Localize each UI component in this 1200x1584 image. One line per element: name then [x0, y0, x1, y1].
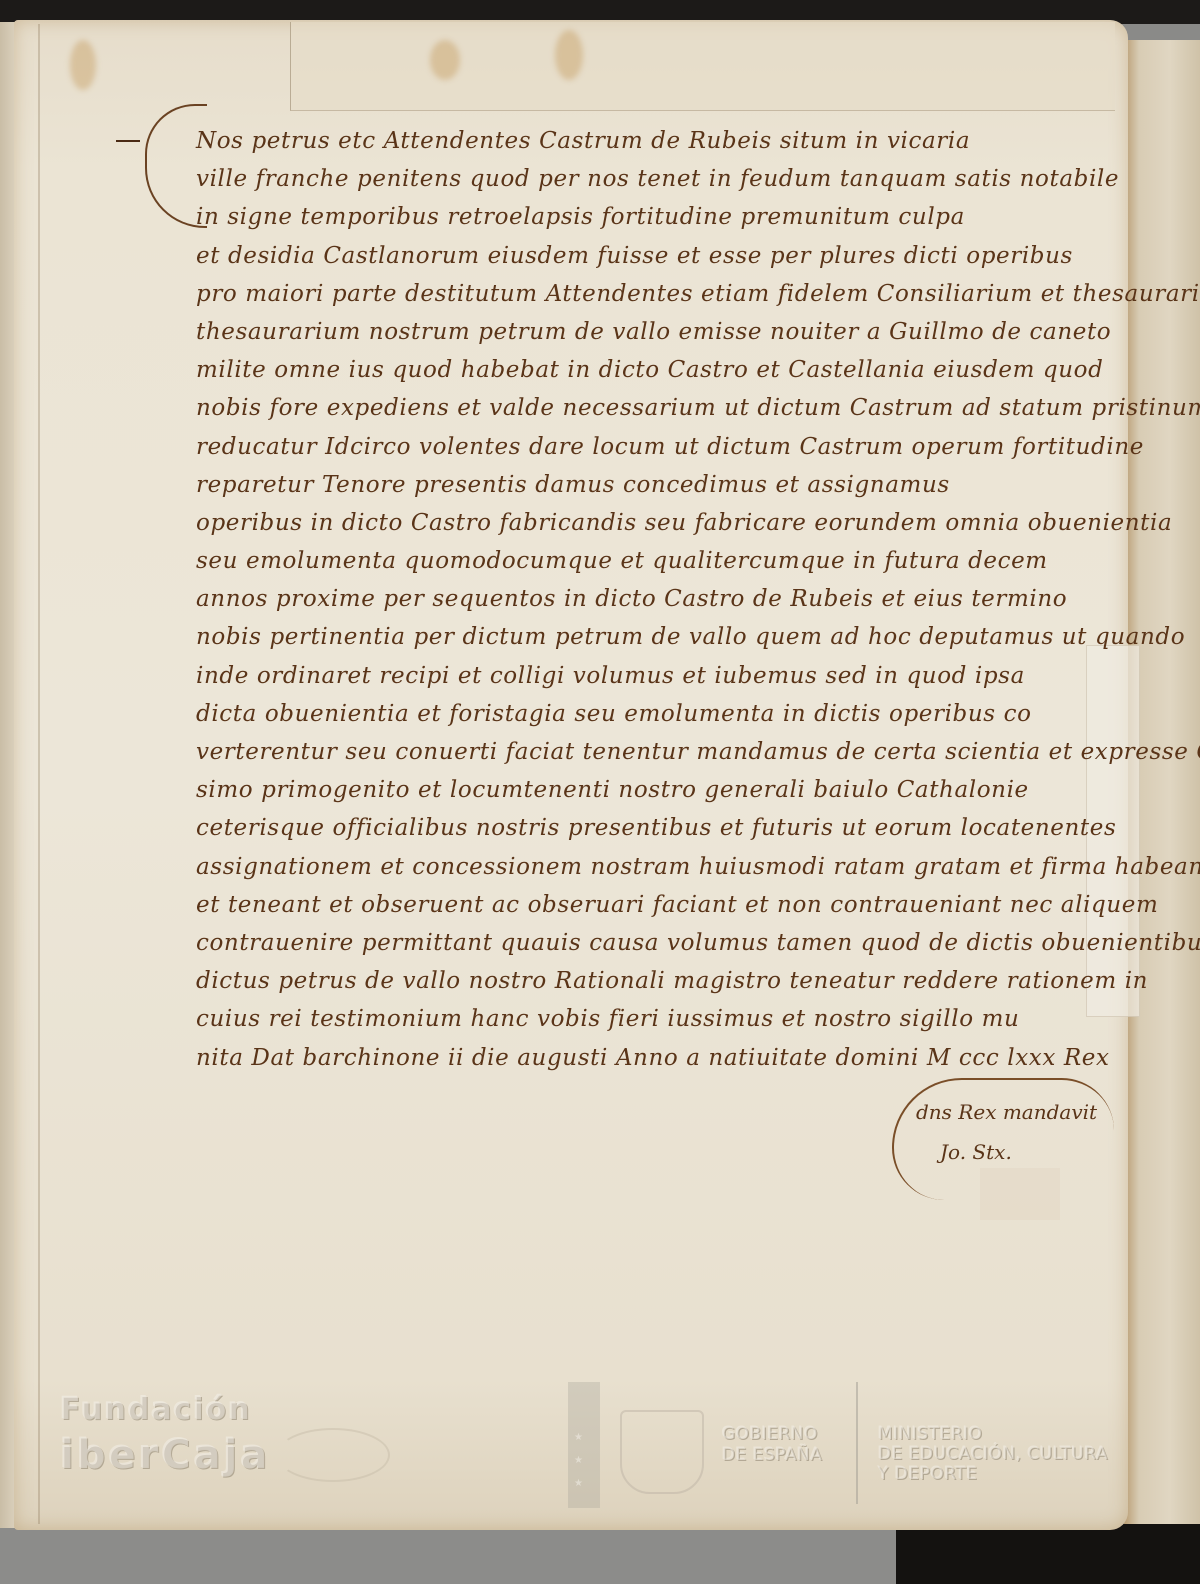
background-bottom: [0, 1528, 900, 1584]
stain: [555, 30, 583, 80]
margin-dash: [116, 140, 140, 142]
watermark-ministerio-line3: Y DEPORTE: [878, 1464, 1108, 1484]
text-line: inde ordinaret recipi et colligi volumus…: [196, 657, 1136, 695]
watermark-gobierno-line1: GOBIERNO: [722, 1424, 822, 1445]
paper-repair-patch: [290, 22, 1115, 111]
signature-line-1: dns Rex mandavit: [916, 1100, 1097, 1124]
watermark-fundacion: Fundación: [60, 1392, 251, 1427]
text-line: nobis pertinentia per dictum petrum de v…: [196, 618, 1136, 656]
watermark-divider: [856, 1382, 858, 1504]
stain: [70, 40, 96, 90]
text-line: cuius rei testimonium hanc vobis fieri i…: [196, 1000, 1136, 1038]
eu-flag-icon: [568, 1382, 600, 1508]
watermark-ministerio-line1: MINISTERIO: [878, 1424, 1108, 1444]
signature-line-2: Jo. Stx.: [940, 1140, 1012, 1164]
text-line: contrauenire permittant quauis causa vol…: [196, 924, 1136, 962]
watermark-ministerio: MINISTERIO DE EDUCACIÓN, CULTURA Y DEPOR…: [878, 1424, 1108, 1484]
text-line: dictus petrus de vallo nostro Rationali …: [196, 962, 1136, 1000]
star-icon: ★: [574, 1478, 583, 1489]
watermark-gobierno-line2: DE ESPAÑA: [722, 1445, 822, 1466]
ibercaja-logo-icon: [276, 1428, 390, 1482]
stain: [430, 40, 460, 80]
text-line: annos proxime per sequentos in dicto Cas…: [196, 580, 1136, 618]
text-line: dicta obuenientia et foristagia seu emol…: [196, 695, 1136, 733]
manuscript-text: Nos petrus etc Attendentes Castrum de Ru…: [196, 122, 1136, 1077]
watermark-ibercaja: iberCaja: [60, 1432, 270, 1478]
star-icon: ★: [574, 1432, 583, 1443]
text-line: simo primogenito et locumtenenti nostro …: [196, 771, 1136, 809]
text-line: milite omne ius quod habebat in dicto Ca…: [196, 351, 1136, 389]
text-line: assignationem et concessionem nostram hu…: [196, 848, 1136, 886]
text-line: et desidia Castlanorum eiusdem fuisse et…: [196, 237, 1136, 275]
watermark-ministerio-line2: DE EDUCACIÓN, CULTURA: [878, 1444, 1108, 1464]
coat-of-arms-icon: [620, 1410, 704, 1494]
paper-repair-patch-small: [980, 1168, 1060, 1220]
text-line: nobis fore expediens et valde necessariu…: [196, 389, 1136, 427]
text-line: et teneant et obseruent ac obseruari fac…: [196, 886, 1136, 924]
text-line: pro maiori parte destitutum Attendentes …: [196, 275, 1136, 313]
fold-line: [38, 24, 40, 1524]
text-line: seu emolumenta quomodocumque et qualiter…: [196, 542, 1136, 580]
text-line: reducatur Idcirco volentes dare locum ut…: [196, 428, 1136, 466]
text-line: ceterisque officialibus nostris presenti…: [196, 809, 1136, 847]
text-line: operibus in dicto Castro fabricandis seu…: [196, 504, 1136, 542]
text-line: in signe temporibus retroelapsis fortitu…: [196, 198, 1136, 236]
watermark-gobierno: GOBIERNO DE ESPAÑA: [722, 1424, 822, 1466]
text-line: thesaurarium nostrum petrum de vallo emi…: [196, 313, 1136, 351]
text-line: nita Dat barchinone ii die augusti Anno …: [196, 1039, 1136, 1077]
text-line: Nos petrus etc Attendentes Castrum de Ru…: [196, 122, 1136, 160]
text-line: ville franche penitens quod per nos tene…: [196, 160, 1136, 198]
star-icon: ★: [574, 1455, 583, 1466]
text-line: reparetur Tenore presentis damus concedi…: [196, 466, 1136, 504]
text-line: verterentur seu conuerti faciat tenentur…: [196, 733, 1136, 771]
background-bottom-dark: [896, 1524, 1200, 1584]
